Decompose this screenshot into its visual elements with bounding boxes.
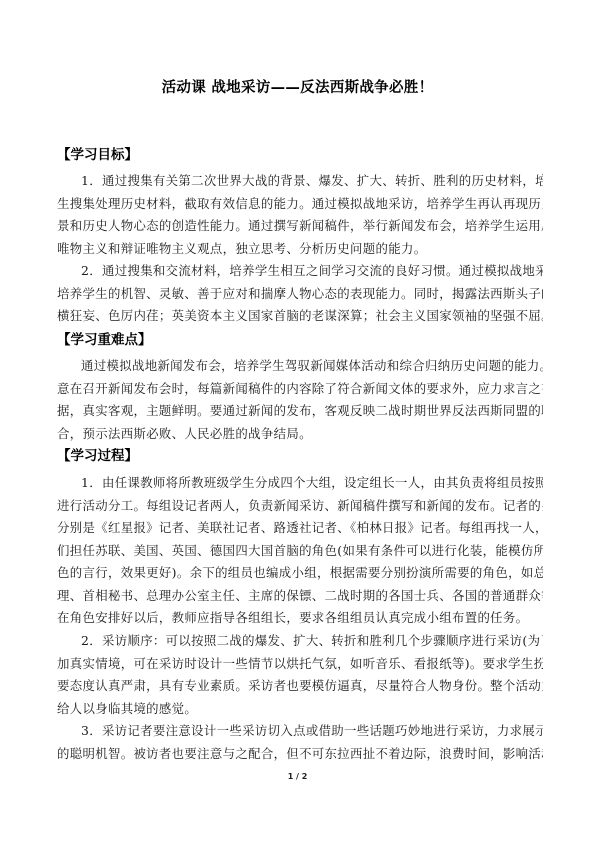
text-line: 进行活动分工。每组设记者两人，负责新闻采访、新闻稿件撰写和新闻的发布。记者的身份 xyxy=(57,495,543,518)
text-line: 3．采访记者要注意设计一些采访切入点或借助一些话题巧妙地进行采访，力求展示记者 xyxy=(57,720,543,743)
text-line: 唯物主义和辩证唯物主义观点，独立思考、分析历史问题的能力。 xyxy=(57,238,543,261)
text-line: 据，真实客观，主题鲜明。要通过新闻的发布，客观反映二战时期世界反法西斯同盟的联 xyxy=(57,400,543,423)
text-line: 给人以身临其境的感觉。 xyxy=(57,698,543,721)
text-line: 分别是《红星报》记者、美联社记者、路透社记者、《柏林日报》记者。每组再找一人，由… xyxy=(57,517,543,540)
text-line: 的聪明机智。被访者也要注意与之配合，但不可东拉西扯不着边际，浪费时间，影响活动的 xyxy=(57,743,543,766)
text-line: 通过模拟战地新闻发布会，培养学生驾驭新闻媒体活动和综合归纳历史问题的能力。注 xyxy=(57,355,543,378)
text-line: 景和历史人物心态的创造性能力。通过撰写新闻稿件，举行新闻发布会，培养学生运用历史 xyxy=(57,215,543,238)
text-line: 合，预示法西斯必败、人民必胜的战争结局。 xyxy=(57,423,543,446)
process-paragraph-1: 1．由任课教师将所教班级学生分成四个大组，设定组长一人，由其负责将组员按照特长 … xyxy=(57,472,543,630)
section-heading-process: 【学习过程】 xyxy=(57,447,138,465)
text-line: 在角色安排好以后，教师应指导各组组长，要求各组组员认真完成小组布置的任务。 xyxy=(57,607,543,630)
objectives-paragraph-1: 1．通过搜集有关第二次世界大战的背景、爆发、扩大、转折、胜利的历史材料，培养学 … xyxy=(57,170,543,260)
objectives-paragraph-2: 2．通过搜集和交流材料，培养学生相互之间学习交流的良好习惯。通过模拟战地采访， … xyxy=(57,260,543,328)
text-line: 2．采访顺序：可以按照二战的爆发、扩大、转折和胜利几个步骤顺序进行采访(为了增 xyxy=(57,630,543,653)
text-line: 生搜集处理历史材料，截取有效信息的能力。通过模拟战地采访，培养学生再认再现历史情 xyxy=(57,193,543,216)
text-line: 2．通过搜集和交流材料，培养学生相互之间学习交流的良好习惯。通过模拟战地采访， xyxy=(57,260,543,283)
text-line: 1．通过搜集有关第二次世界大战的背景、爆发、扩大、转折、胜利的历史材料，培养学 xyxy=(57,170,543,193)
process-paragraph-2: 2．采访顺序：可以按照二战的爆发、扩大、转折和胜利几个步骤顺序进行采访(为了增 … xyxy=(57,630,543,720)
text-line: 色的言行，效果更好)。余下的组员也编成小组，根据需要分别扮演所需要的角色，如总统… xyxy=(57,562,543,585)
text-line: 横狂妄、色厉内荏；英美资本主义国家首脑的老谋深算；社会主义国家领袖的坚强不屈。 xyxy=(57,305,543,328)
document-title: 活动课 战地采访——反法西斯战争必胜！ xyxy=(0,76,595,97)
text-line: 加真实情境，可在采访时设计一些情节以烘托气氛，如听音乐、看报纸等)。要求学生扮演… xyxy=(57,653,543,676)
text-line: 意在召开新闻发布会时，每篇新闻稿件的内容除了符合新闻文体的要求外，应力求言之有 xyxy=(57,378,543,401)
document-page: 活动课 战地采访——反法西斯战争必胜！ 【学习目标】 1．通过搜集有关第二次世界… xyxy=(0,0,595,841)
text-line: 1．由任课教师将所教班级学生分成四个大组，设定组长一人，由其负责将组员按照特长 xyxy=(57,472,543,495)
key-points-paragraph: 通过模拟战地新闻发布会，培养学生驾驭新闻媒体活动和综合归纳历史问题的能力。注 意… xyxy=(57,355,543,445)
process-paragraph-3: 3．采访记者要注意设计一些采访切入点或借助一些话题巧妙地进行采访，力求展示记者 … xyxy=(57,720,543,765)
section-heading-key-points: 【学习重难点】 xyxy=(57,331,152,349)
text-line: 们担任苏联、美国、英国、德国四大国首脑的角色(如果有条件可以进行化装，能模仿所扮… xyxy=(57,540,543,563)
text-line: 理、首相秘书、总理办公室主任、主席的保镖、二战时期的各国士兵、各国的普通群众等。 xyxy=(57,585,543,608)
text-line: 培养学生的机智、灵敏、善于应对和揣摩人物心态的表现能力。同时，揭露法西斯头子的骄 xyxy=(57,283,543,306)
section-heading-objectives: 【学习目标】 xyxy=(57,146,138,164)
text-line: 要态度认真严肃，具有专业素质。采访者也要模仿逼真，尽量符合人物身份。整个活动力求 xyxy=(57,675,543,698)
page-number: 1 / 2 xyxy=(0,772,595,781)
